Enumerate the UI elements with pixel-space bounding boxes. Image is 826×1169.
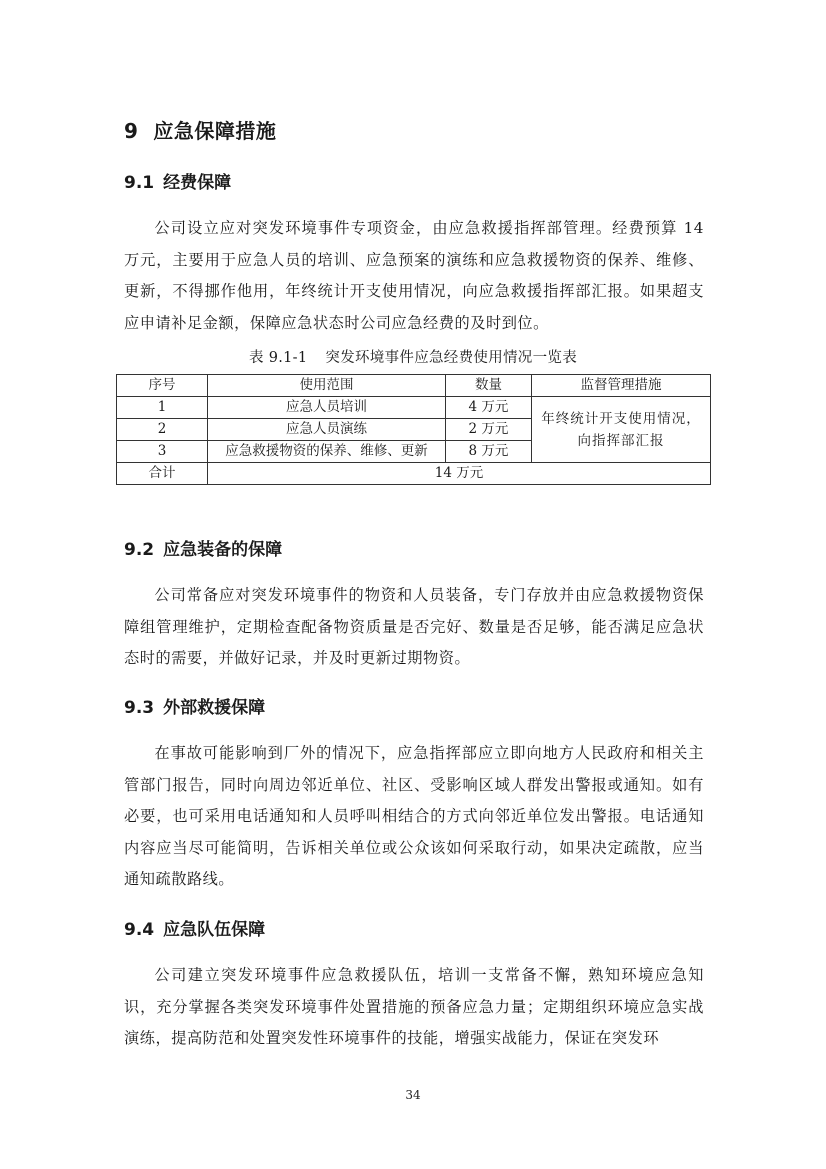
table-header-cell: 使用范围: [208, 375, 446, 397]
table-caption-title: 突发环境事件应急经费使用情况一览表: [325, 350, 577, 366]
section-heading-9-4: 9.4应急队伍保障: [124, 918, 265, 942]
budget-table: 序号 使用范围 数量 监督管理措施 1 应急人员培训 4 万元 年终统计开支使用…: [116, 374, 711, 485]
table-header-cell: 序号: [117, 375, 208, 397]
section-title: 经费保障: [163, 173, 231, 193]
table-header-cell: 监督管理措施: [532, 375, 711, 397]
section-paragraph-9-3: 在事故可能影响到厂外的情况下，应急指挥部应立即向地方人民政府和相关主管部门报告，…: [124, 738, 704, 896]
section-number: 9.1: [124, 173, 154, 193]
table-caption: 表 9.1-1突发环境事件应急经费使用情况一览表: [0, 346, 826, 370]
row-index: 3: [117, 441, 208, 463]
section-paragraph-9-1: 公司设立应对突发环境事件专项资金，由应急救援指挥部管理。经费预算 14 万元，主…: [124, 213, 704, 339]
section-heading-9-2: 9.2应急装备的保障: [124, 538, 282, 562]
table-header-cell: 数量: [446, 375, 532, 397]
chapter-number: 9: [124, 119, 138, 143]
chapter-title: 应急保障措施: [153, 119, 276, 143]
section-title: 应急装备的保障: [163, 540, 282, 560]
document-page: 9 应急保障措施 9.1经费保障 公司设立应对突发环境事件专项资金，由应急救援指…: [0, 0, 826, 1169]
section-number: 9.2: [124, 540, 154, 560]
row-amount: 4 万元: [446, 397, 532, 419]
table-total-row: 合计 14 万元: [117, 463, 711, 485]
total-value: 14 万元: [208, 463, 711, 485]
row-index: 1: [117, 397, 208, 419]
total-label: 合计: [117, 463, 208, 485]
section-number: 9.4: [124, 920, 154, 940]
section-paragraph-9-2: 公司常备应对突发环境事件的物资和人员装备，专门存放并由应急救援物资保障组管理维护…: [124, 580, 704, 675]
row-scope: 应急人员演练: [208, 419, 446, 441]
section-paragraph-9-4: 公司建立突发环境事件应急救援队伍，培训一支常备不懈，熟知环境应急知识，充分掌握各…: [124, 960, 704, 1055]
supervision-measure-cell: 年终统计开支使用情况，向指挥部汇报: [532, 397, 711, 463]
row-index: 2: [117, 419, 208, 441]
table-caption-number: 表 9.1-1: [249, 350, 307, 366]
chapter-heading: 9 应急保障措施: [124, 117, 276, 145]
row-amount: 2 万元: [446, 419, 532, 441]
row-scope: 应急救援物资的保养、维修、更新: [208, 441, 446, 463]
page-number: 34: [0, 1088, 826, 1102]
section-number: 9.3: [124, 698, 154, 718]
section-title: 应急队伍保障: [163, 920, 265, 940]
row-amount: 8 万元: [446, 441, 532, 463]
section-heading-9-3: 9.3外部救援保障: [124, 696, 265, 720]
row-scope: 应急人员培训: [208, 397, 446, 419]
section-heading-9-1: 9.1经费保障: [124, 171, 231, 195]
table-row: 1 应急人员培训 4 万元 年终统计开支使用情况，向指挥部汇报: [117, 397, 711, 419]
table-header-row: 序号 使用范围 数量 监督管理措施: [117, 375, 711, 397]
section-title: 外部救援保障: [163, 698, 265, 718]
